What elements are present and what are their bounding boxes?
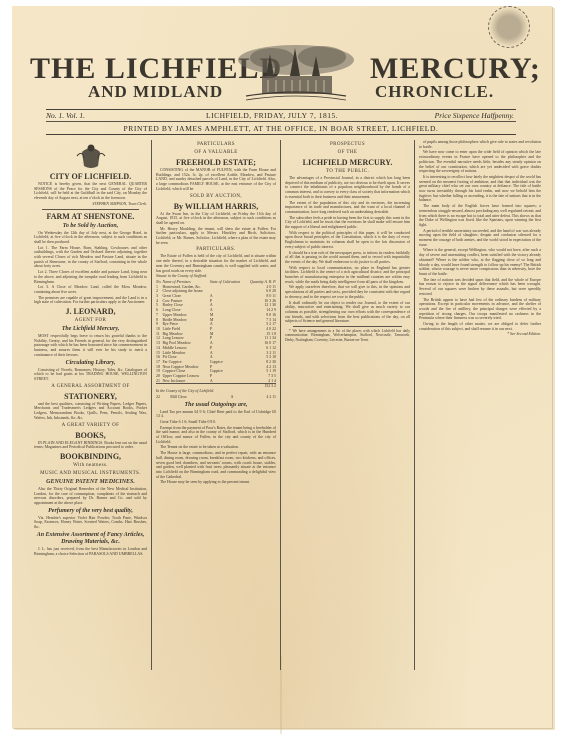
column-advertisements: CITY OF LICHFIELD.NOTICE is hereby given… <box>34 140 147 672</box>
paragraph: The Estate of Fulfen is held of the city… <box>156 254 276 273</box>
paragraph: We have now come to enter upon the wide … <box>419 150 541 174</box>
section-heading: J. LEONARD, <box>34 307 147 316</box>
masthead-title-right: MERCURY; <box>370 52 541 86</box>
signature: * See Second Edition. <box>419 332 541 337</box>
paragraph: NOTICE is hereby given, that the next GE… <box>34 182 147 201</box>
section-heading: BOOKS, <box>34 431 147 440</box>
table-caption: Situate in the County of Stafford. <box>156 274 276 279</box>
section-heading: LICHFIELD MERCURY. <box>285 158 410 167</box>
column-estate-sale: PARTICULARSOF A VALUABLEFREEHOLD ESTATE;… <box>156 140 276 660</box>
section-subheading: MUSIC AND MUSICAL INSTRUMENTS. <box>34 471 147 477</box>
section-heading: STATIONERY, <box>34 392 147 401</box>
section-heading-italic: GENUINE PATENT MEDICINES. <box>34 479 147 486</box>
paragraph: At the Swan Inn, in the City of Lichfiel… <box>156 212 276 226</box>
section-heading-italic: Circulating Library, <box>34 360 147 367</box>
cathedral-vignette-icon <box>232 40 360 104</box>
paragraph: of pupils among those philosophers which… <box>419 140 541 149</box>
paragraph: The extent of the population of this cit… <box>285 201 410 215</box>
rule <box>42 209 139 210</box>
section-heading-italic: The usual Outgoings are, <box>156 402 276 409</box>
section-heading: CITY OF LICHFIELD. <box>34 172 147 181</box>
paragraph: The House may be seen by applying to the… <box>156 480 276 485</box>
section-heading: FREEHOLD ESTATE; <box>156 158 276 167</box>
section-subheading: PARTICULARS. <box>156 247 276 253</box>
column-divider <box>414 140 415 670</box>
paragraph: Owing to the length of other matter, we … <box>419 322 541 331</box>
section-subheading: PROSPECTUS <box>285 142 410 148</box>
paragraph: Lot 1. The Farm House, Barn, Stabling, C… <box>34 246 147 270</box>
printer-line: PRINTED BY JAMES AMPHLETT, AT THE OFFICE… <box>46 124 516 133</box>
paragraph: The British appear to have had few of th… <box>419 298 541 322</box>
masthead-subtitle-right: CHRONICLE. <box>375 82 494 102</box>
section-subheading: OF A VALUABLE <box>156 150 276 156</box>
paragraph: It is interesting to recollect how latel… <box>419 175 541 203</box>
signature: STEPHEN SIMPSON, Town Clerk. <box>34 202 147 207</box>
paragraph: With respect to the political principles… <box>285 231 410 250</box>
masthead-rule-top <box>46 109 516 110</box>
section-subheading: PARTICULARS <box>156 142 276 148</box>
issue-number: No. 1. Vol. 1. <box>46 111 85 120</box>
table-cell: 22 <box>156 395 170 400</box>
paragraph: Lot 2. Three Closes of excellent arable … <box>34 270 147 284</box>
section-heading: BOOKBINDING, <box>34 452 147 461</box>
section-subheading: AGENT FOR <box>34 318 147 324</box>
table-caption: In the County of the City of Lichfield. <box>156 389 276 394</box>
column-divider <box>151 140 152 670</box>
paragraph: Also the Thirty Original Remedies of the… <box>34 487 147 506</box>
paragraph: The main body of the English forces have… <box>419 204 541 228</box>
masthead-rule-bottom <box>46 134 516 135</box>
column-editorial: of pupils among those philosophers which… <box>419 140 541 658</box>
acreage-table: 22Mill CloseA4 2 11 <box>156 395 276 400</box>
column-prospectus: PROSPECTUSOF THELICHFIELD MERCURY.TO THE… <box>285 140 410 670</box>
paragraph: We apply ourselves therefore, that we wi… <box>285 285 410 299</box>
paragraph: Where is the general, except Wellington,… <box>419 248 541 276</box>
section-heading: By WILLIAM HARRIS, <box>156 202 276 211</box>
section-heading-italic: An Extensive Assortment of Fancy Article… <box>34 532 147 546</box>
paragraph: The Tenant on the estate to be taken at … <box>156 445 276 450</box>
paragraph: Exempt from the payment of Poor's Rates,… <box>156 426 276 445</box>
table-header-cell: Quantity A. R. P. <box>245 280 276 285</box>
acreage-table: No.Name of PremisesState of CultivationQ… <box>156 280 276 389</box>
paragraph: The premises are capable of great improv… <box>34 296 147 305</box>
rule <box>293 326 402 327</box>
paragraph: and the best qualities, consisting of Wr… <box>34 402 147 421</box>
paragraph: MOST respectfully begs leave to return h… <box>34 334 147 358</box>
paragraph: Mr. Heavy Moulding, the tenant, will she… <box>156 227 276 246</box>
issue-date: LICHFIELD, FRIDAY, JULY 7, 1815. <box>206 111 338 120</box>
section-subheading: TO THE PUBLIC. <box>285 169 410 175</box>
paragraph: The fate of nations was decided upon tha… <box>419 278 541 297</box>
stamp-seal-icon <box>488 6 530 48</box>
section-heading-italic: Perfumery of the very best quality, <box>34 508 147 515</box>
paragraph: CONSISTING of the MANOR of FULFEN, with … <box>156 168 276 192</box>
paragraph: On Wednesday the 12th day of July next, … <box>34 231 147 245</box>
city-arms-crest-icon <box>74 142 108 170</box>
section-heading-italic: The Lichfield Mercury, <box>34 326 147 333</box>
paragraph: Land Tax per annum £4 9 6; Chief Rent pa… <box>156 410 276 419</box>
section-heading-italic: To be Sold by Auction, <box>34 223 147 230</box>
section-subheading: OF THE <box>285 150 410 156</box>
paragraph: The House is large, commodious, and in p… <box>156 451 276 479</box>
issue-price: Price Sixpence Halfpenny. <box>435 111 514 120</box>
section-subheading: With neatness. <box>34 463 147 469</box>
section-subheading: SOLD BY AUCTION, <box>156 194 276 200</box>
paragraph: Great Tithe 6 1 6; Small Tithe 0 8 0. <box>156 420 276 425</box>
table-header-cell: State of Cultivation <box>210 280 246 285</box>
table-row: 22Mill CloseA4 2 11 <box>156 395 276 400</box>
paragraph: J. L. has just received, from the best M… <box>34 547 147 556</box>
table-cell: A <box>231 395 241 400</box>
paragraph: Consisting of Novels, Romances, History,… <box>34 368 147 382</box>
paragraph: With respect to local communication, no … <box>285 266 410 285</box>
column-divider <box>280 140 281 670</box>
paragraph: It should be a true rule of the newspape… <box>285 251 410 265</box>
section-subheading: A GREAT VARIETY OF <box>34 423 147 429</box>
paragraph: Lot 3. A Close of Meadow Land, called th… <box>34 285 147 294</box>
paragraph: The subscriber feels a pride in having b… <box>285 216 410 230</box>
paragraph: IN PLAIN AND ELEGANT BINDINGS. Books len… <box>34 441 147 450</box>
table-cell: Mill Close <box>170 395 230 400</box>
section-heading: FARM AT SHENSTONE. <box>34 212 147 221</box>
dateline-rule <box>46 121 516 122</box>
paragraph: A period of terrible uncertainty succeed… <box>419 229 541 248</box>
section-subheading: A GENERAL ASSORTMENT OF <box>34 384 147 390</box>
footnote: * We have arrangements in a list of the … <box>285 329 410 342</box>
paragraph: It shall ordinarily be our object to ren… <box>285 301 410 325</box>
paragraph: The advantages of a Provincial Journal, … <box>285 176 410 200</box>
table-cell: 4 2 11 <box>241 395 276 400</box>
paragraph: Viz. Hendrie's superior Violet Hair Powd… <box>34 516 147 530</box>
masthead-subtitle-left: AND MIDLAND <box>88 82 223 102</box>
